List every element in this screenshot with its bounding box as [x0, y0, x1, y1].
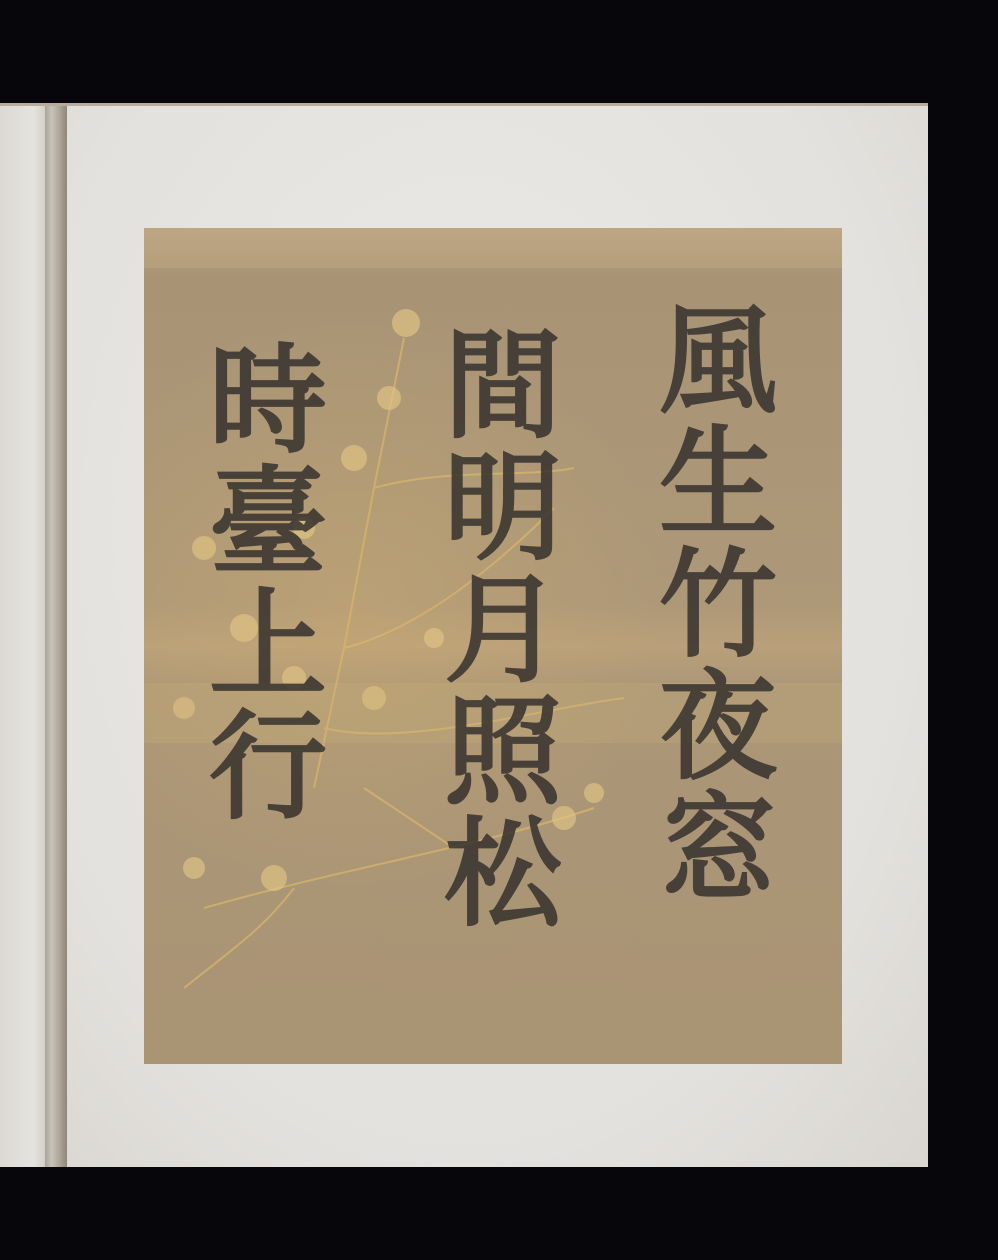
left-leaf: [0, 106, 48, 1167]
calligraphy-panel: 風生竹夜窓 間明月照松 時臺上行: [144, 228, 842, 1064]
calligraphy-column-1: 風生竹夜窓: [649, 298, 767, 908]
album-page: 風生竹夜窓 間明月照松 時臺上行: [0, 103, 928, 1167]
calligraphy-column-3: 時臺上行: [199, 338, 317, 826]
album-spine: [45, 106, 67, 1167]
calligraphy-column-2: 間明月照松: [434, 323, 552, 933]
